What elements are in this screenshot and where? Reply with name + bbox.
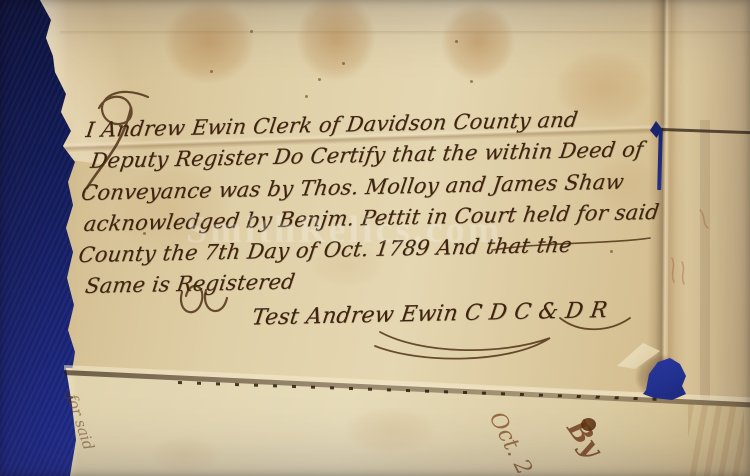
photo-vignette <box>0 0 750 476</box>
photo-of-document: I Andrew Ewin Clerk of Davidson County a… <box>0 0 750 476</box>
